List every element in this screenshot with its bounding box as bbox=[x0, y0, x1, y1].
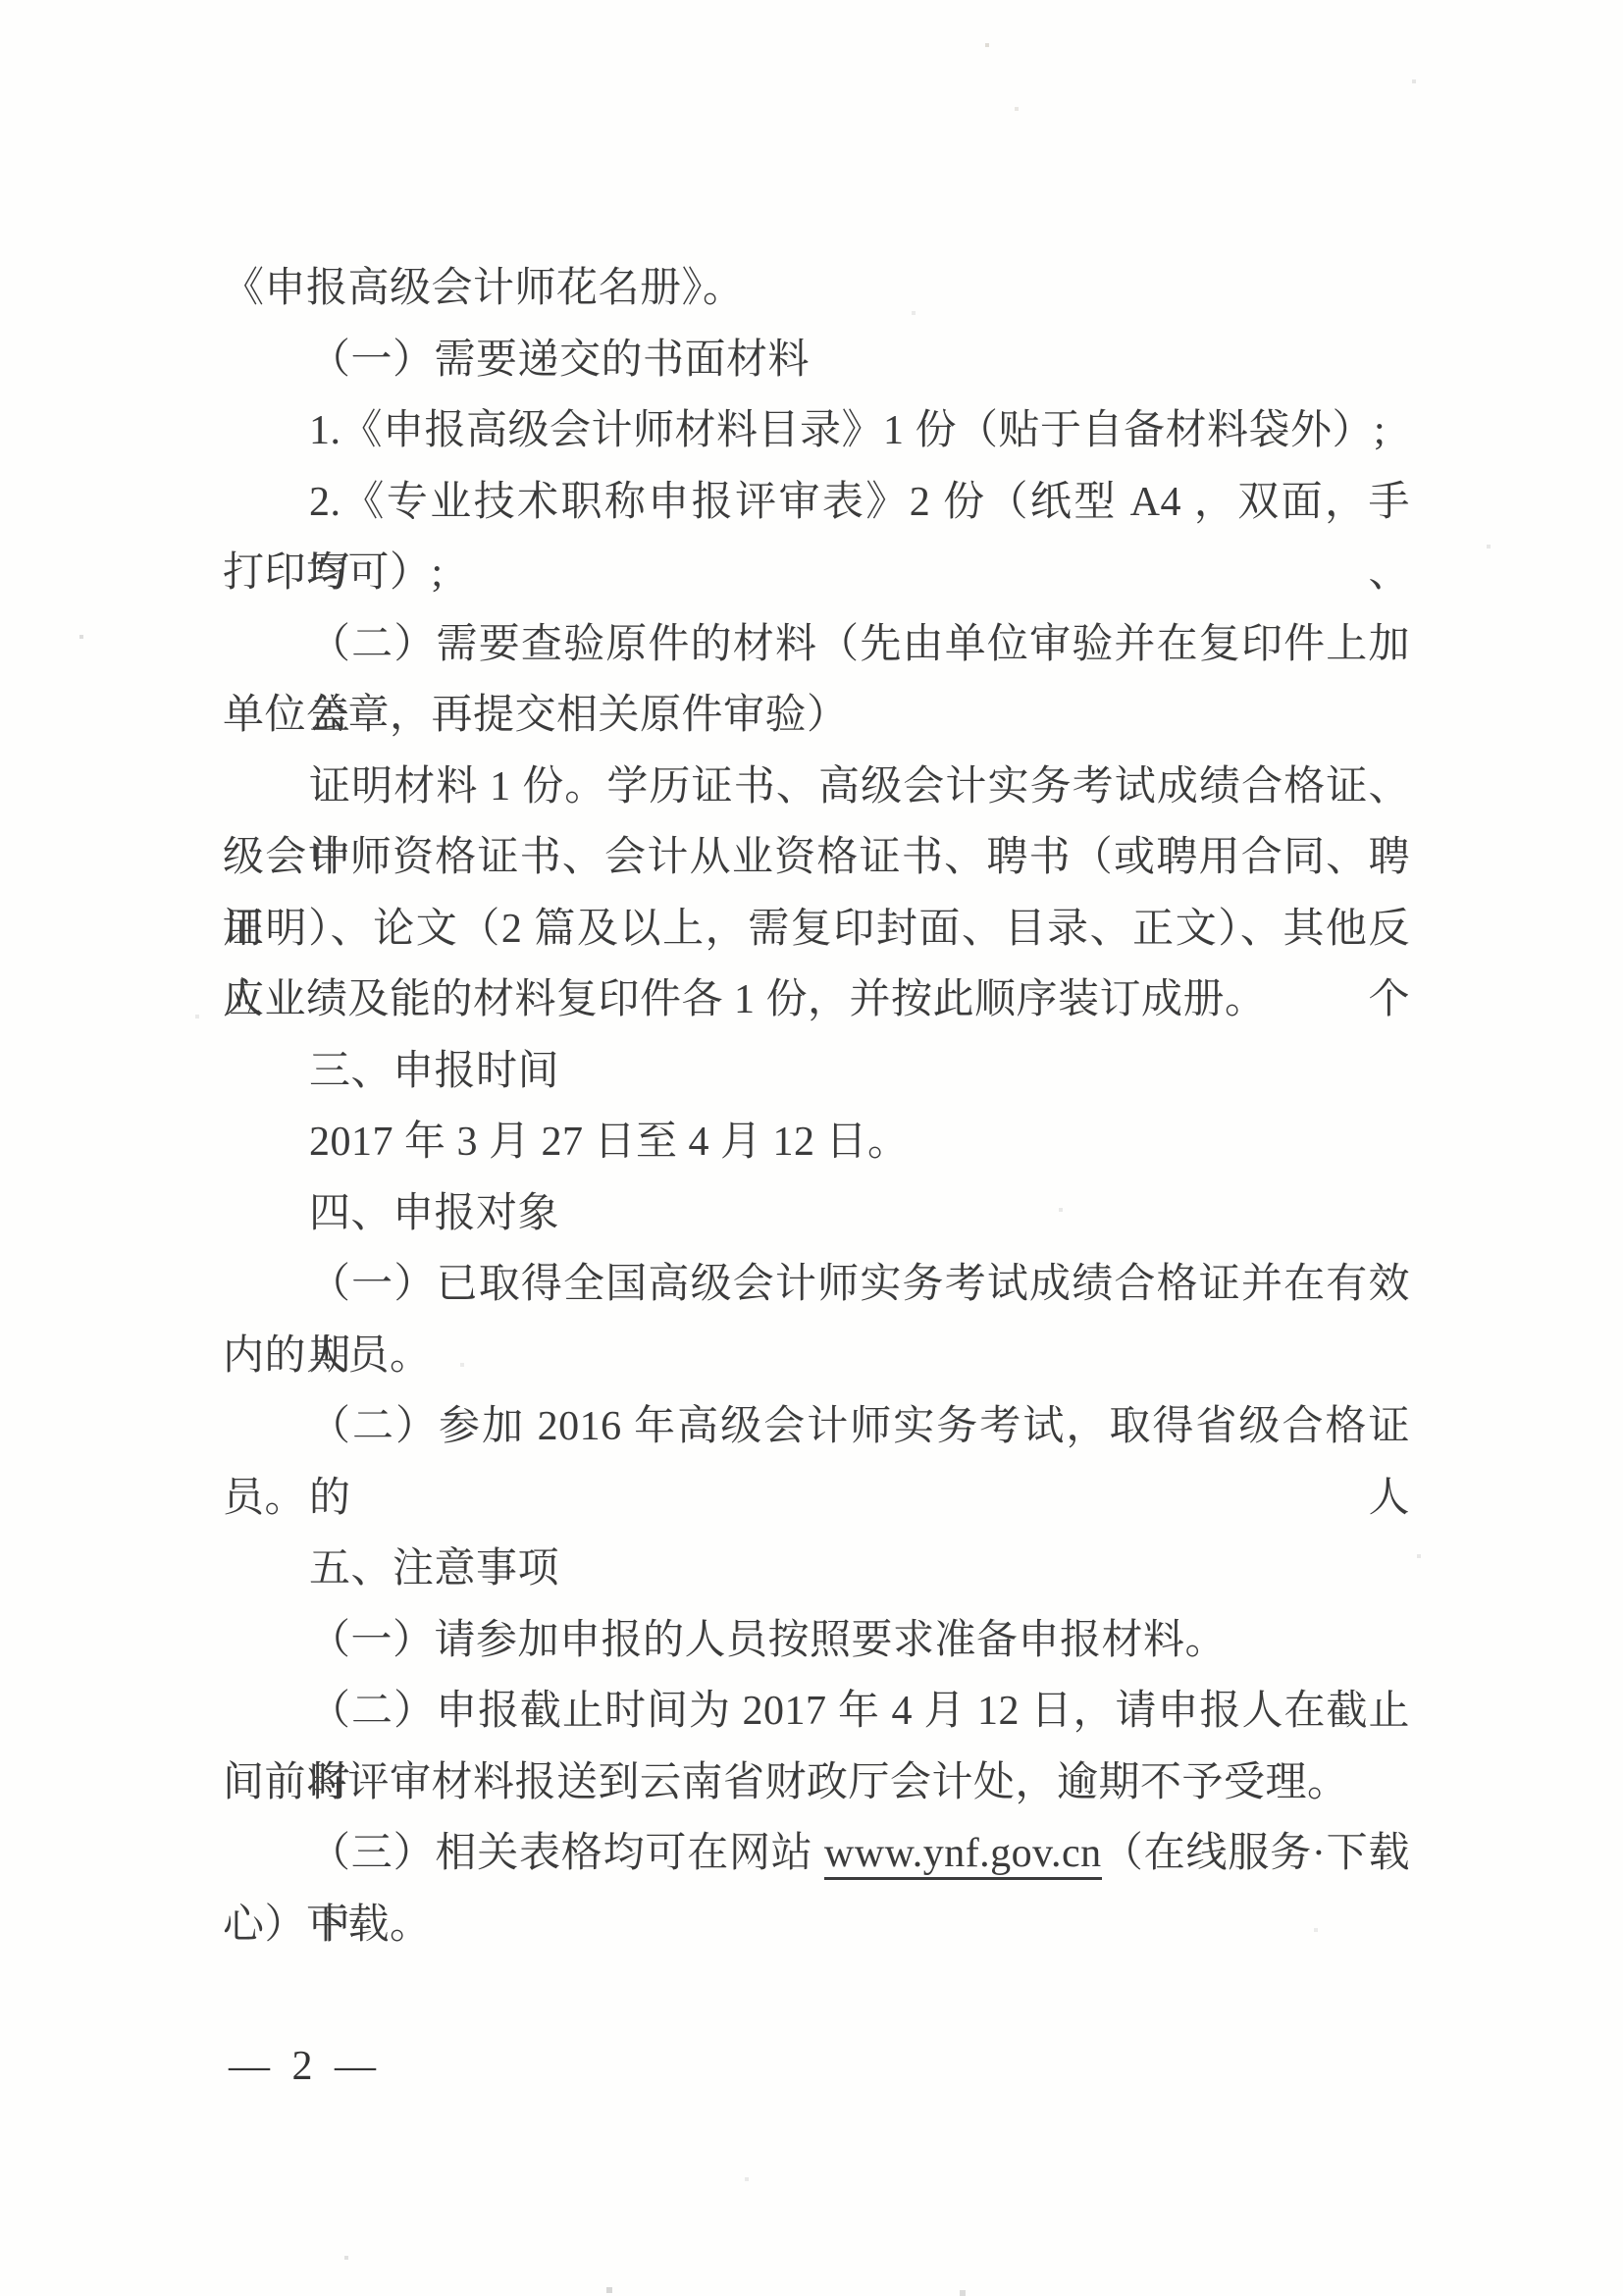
document-line section-heading-5: 五、注意事项 bbox=[223, 1534, 1410, 1605]
document-line-text: （三）相关表格均可在网站 bbox=[309, 1831, 824, 1876]
document-line: 《申报高级会计师花名册》。 bbox=[223, 253, 1410, 325]
document-line section-heading-3: 三、申报时间 bbox=[223, 1036, 1410, 1108]
document-line: 间前将评审材料报送到云南省财政厅会计处，逾期不予受理。 bbox=[223, 1748, 1410, 1819]
document-line: （二）申报截止时间为 2017 年 4 月 12 日，请申报人在截止时 bbox=[223, 1676, 1410, 1748]
document-line: （一）请参加申报的人员按照要求准备申报材料。 bbox=[223, 1605, 1410, 1677]
document-line: （三）相关表格均可在网站 www.ynf.gov.cn（在线服务·下载中 bbox=[223, 1818, 1410, 1890]
document-line: 2.《专业技术职称申报评审表》2 份（纸型 A4 ，双面，手写、 bbox=[223, 467, 1410, 539]
document-line: 心）下载。 bbox=[223, 1890, 1410, 1961]
document-line: （二）需要查验原件的材料（先由单位审验并在复印件上加盖 bbox=[223, 609, 1410, 681]
scanned-document-page: 《申报高级会计师花名册》。 （一）需要递交的书面材料 1.《申报高级会计师材料目… bbox=[0, 0, 1623, 2296]
document-line: 证明）、论文（2 篇及以上，需复印封面、目录、正文）、其他反应个 bbox=[223, 894, 1410, 965]
document-line: （一）已取得全国高级会计师实务考试成绩合格证并在有效期 bbox=[223, 1249, 1410, 1321]
scan-noise-speckles bbox=[0, 0, 2, 2]
page-number: — 2 — bbox=[229, 2043, 382, 2090]
document-line: 单位公章，再提交相关原件审验） bbox=[223, 680, 1410, 752]
document-line: （二）参加 2016 年高级会计师实务考试，取得省级合格证的人 bbox=[223, 1391, 1410, 1463]
download-website-link[interactable]: www.ynf.gov.cn bbox=[824, 1831, 1102, 1880]
document-line: 2017 年 3 月 27 日至 4 月 12 日。 bbox=[223, 1107, 1410, 1178]
document-line: 级会计师资格证书、会计从业资格证书、聘书（或聘用合同、聘用 bbox=[223, 822, 1410, 894]
document-line: 内的人员。 bbox=[223, 1321, 1410, 1392]
document-body: 《申报高级会计师花名册》。 （一）需要递交的书面材料 1.《申报高级会计师材料目… bbox=[223, 253, 1410, 1960]
document-line: 1.《申报高级会计师材料目录》1 份（贴于自备材料袋外）; bbox=[223, 395, 1410, 467]
document-line: （一）需要递交的书面材料 bbox=[223, 325, 1410, 396]
document-line section-heading-4: 四、申报对象 bbox=[223, 1178, 1410, 1250]
document-line: 证明材料 1 份。学历证书、高级会计实务考试成绩合格证、中 bbox=[223, 752, 1410, 823]
document-line: 人业绩及能的材料复印件各 1 份，并按此顺序装订成册。 bbox=[223, 965, 1410, 1036]
